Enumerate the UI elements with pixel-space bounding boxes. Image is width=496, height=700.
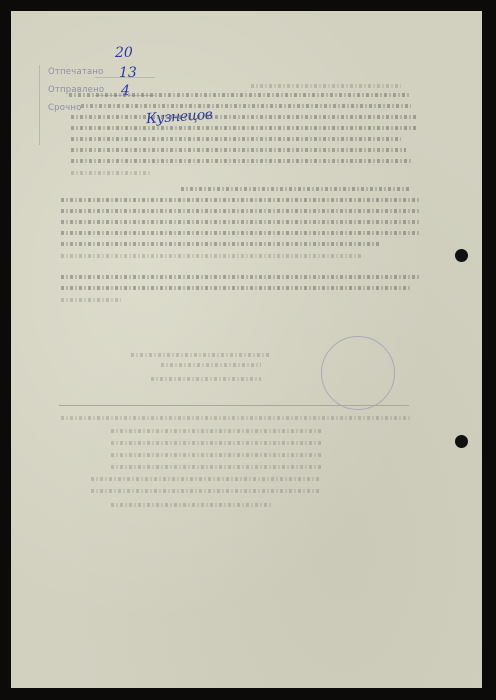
document-page: Отпечатано Отправлено Срочно 20 13 4 Куз…: [11, 11, 485, 688]
scan-border-right: [482, 0, 496, 700]
stamp-line-urgent: Срочно: [48, 103, 82, 113]
handwritten-number-1: 20: [115, 45, 133, 61]
handwritten-number-2: 13: [119, 65, 137, 81]
punch-hole-top: [455, 249, 468, 262]
round-seal-stamp: [321, 336, 395, 410]
punch-hole-bottom: [455, 435, 468, 448]
stamp-line-printed: Отпечатано: [48, 67, 104, 77]
divider-line: [59, 405, 409, 406]
